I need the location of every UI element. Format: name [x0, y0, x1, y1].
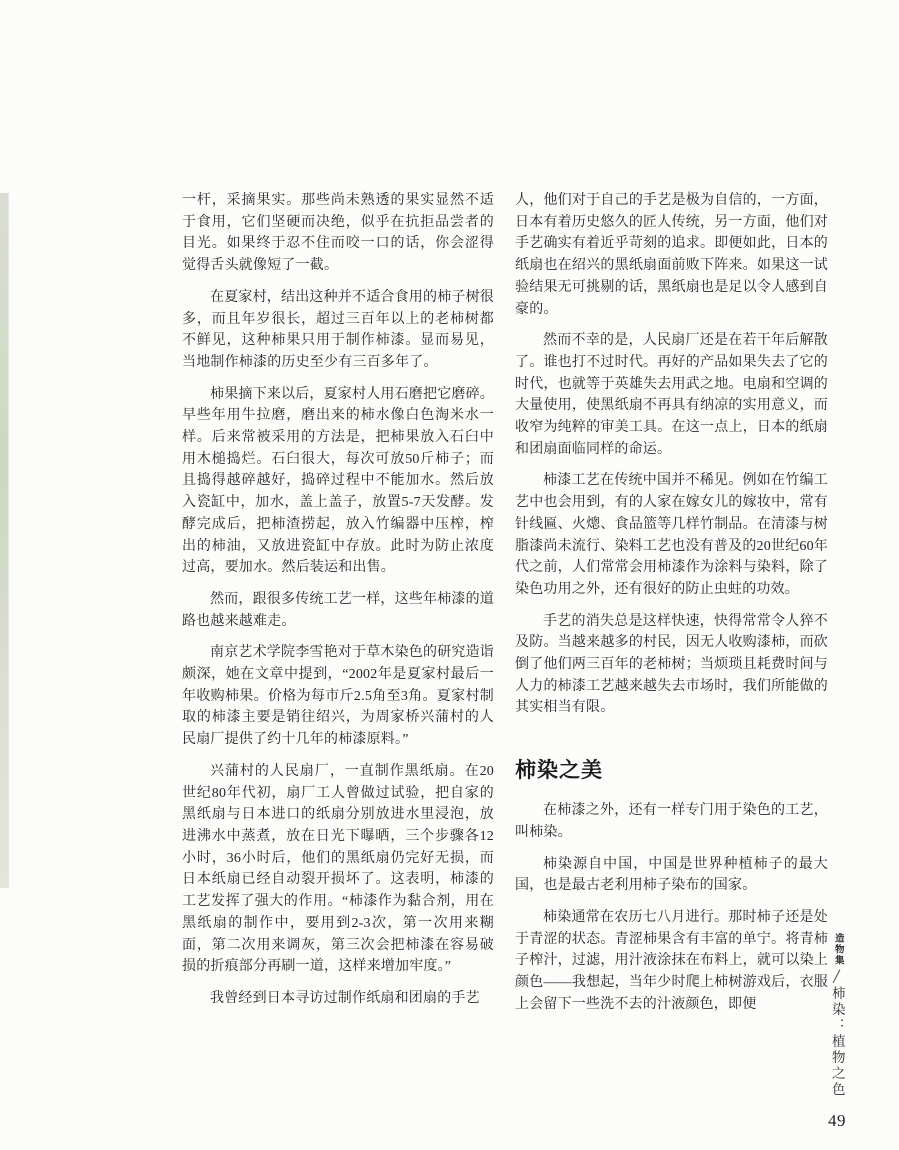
margin-sidebar: 造物集 柿染：植物之色 49	[822, 933, 852, 1131]
body-paragraph: 兴蒲村的人民扇厂，一直制作黑纸扇。在20世纪80年代初，扇厂工人曾做过试验，把自…	[182, 761, 494, 978]
section-heading: 柿染之美	[515, 757, 828, 783]
text-column-right: 人，他们对于自己的手艺是极为自信的，一方面，日本有着历史悠久的匠人传统，另一方面…	[515, 190, 828, 1026]
sidebar-chapter-title: 柿染：植物之色	[830, 986, 844, 1098]
body-paragraph: 在夏家村，结出这种并不适合食用的柿子树很多，而且年岁很长，超过三百年以上的老柿树…	[182, 287, 494, 374]
body-paragraph: 我曾经到日本寻访过制作纸扇和团扇的手艺	[182, 988, 494, 1010]
body-paragraph: 一杆，采摘果实。那些尚未熟透的果实显然不适于食用，它们坚硬而决绝，似乎在抗拒品尝…	[182, 190, 494, 277]
page-number: 49	[828, 1111, 846, 1131]
body-paragraph: 柿染源自中国，中国是世界种植柿子的最大国，也是最古老利用柿子染布的国家。	[515, 854, 828, 897]
body-paragraph: 然而，跟很多传统工艺一样，这些年柿漆的道路也越来越难走。	[182, 589, 494, 632]
body-paragraph: 柿漆工艺在传统中国并不稀见。例如在竹编工艺中也会用到，有的人家在嫁女儿的嫁妆中，…	[515, 470, 828, 600]
body-paragraph: 柿果摘下来以后，夏家村人用石磨把它磨碎。早些年用牛拉磨，磨出来的柿水像白色淘米水…	[182, 384, 494, 579]
book-page: 一杆，采摘果实。那些尚未熟透的果实显然不适于食用，它们坚硬而决绝，似乎在抗拒品尝…	[0, 0, 899, 1150]
text-column-left: 一杆，采摘果实。那些尚未熟透的果实显然不适于食用，它们坚硬而决绝，似乎在抗拒品尝…	[182, 190, 494, 1020]
sidebar-slash-divider	[833, 969, 842, 983]
facing-page-image-edge	[0, 193, 9, 888]
body-paragraph: 南京艺术学院李雪艳对于草木染色的研究造诣颇深，她在文章中提到，“2002年是夏家…	[182, 642, 494, 751]
body-paragraph: 在柿漆之外，还有一样专门用于染色的工艺，叫柿染。	[515, 800, 828, 843]
body-paragraph: 然而不幸的是，人民扇厂还是在若干年后解散了。谁也打不过时代。再好的产品如果失去了…	[515, 330, 828, 460]
body-paragraph: 手艺的消失总是这样快速，快得常常令人猝不及防。当越来越多的村民，因无人收购漆柿，…	[515, 611, 828, 720]
body-paragraph: 人，他们对于自己的手艺是极为自信的，一方面，日本有着历史悠久的匠人传统，另一方面…	[515, 190, 828, 320]
sidebar-series-label: 造物集	[832, 933, 842, 966]
body-paragraph: 柿染通常在农历七八月进行。那时柿子还是处于青涩的状态。青涩柿果含有丰富的单宁。将…	[515, 907, 828, 1016]
